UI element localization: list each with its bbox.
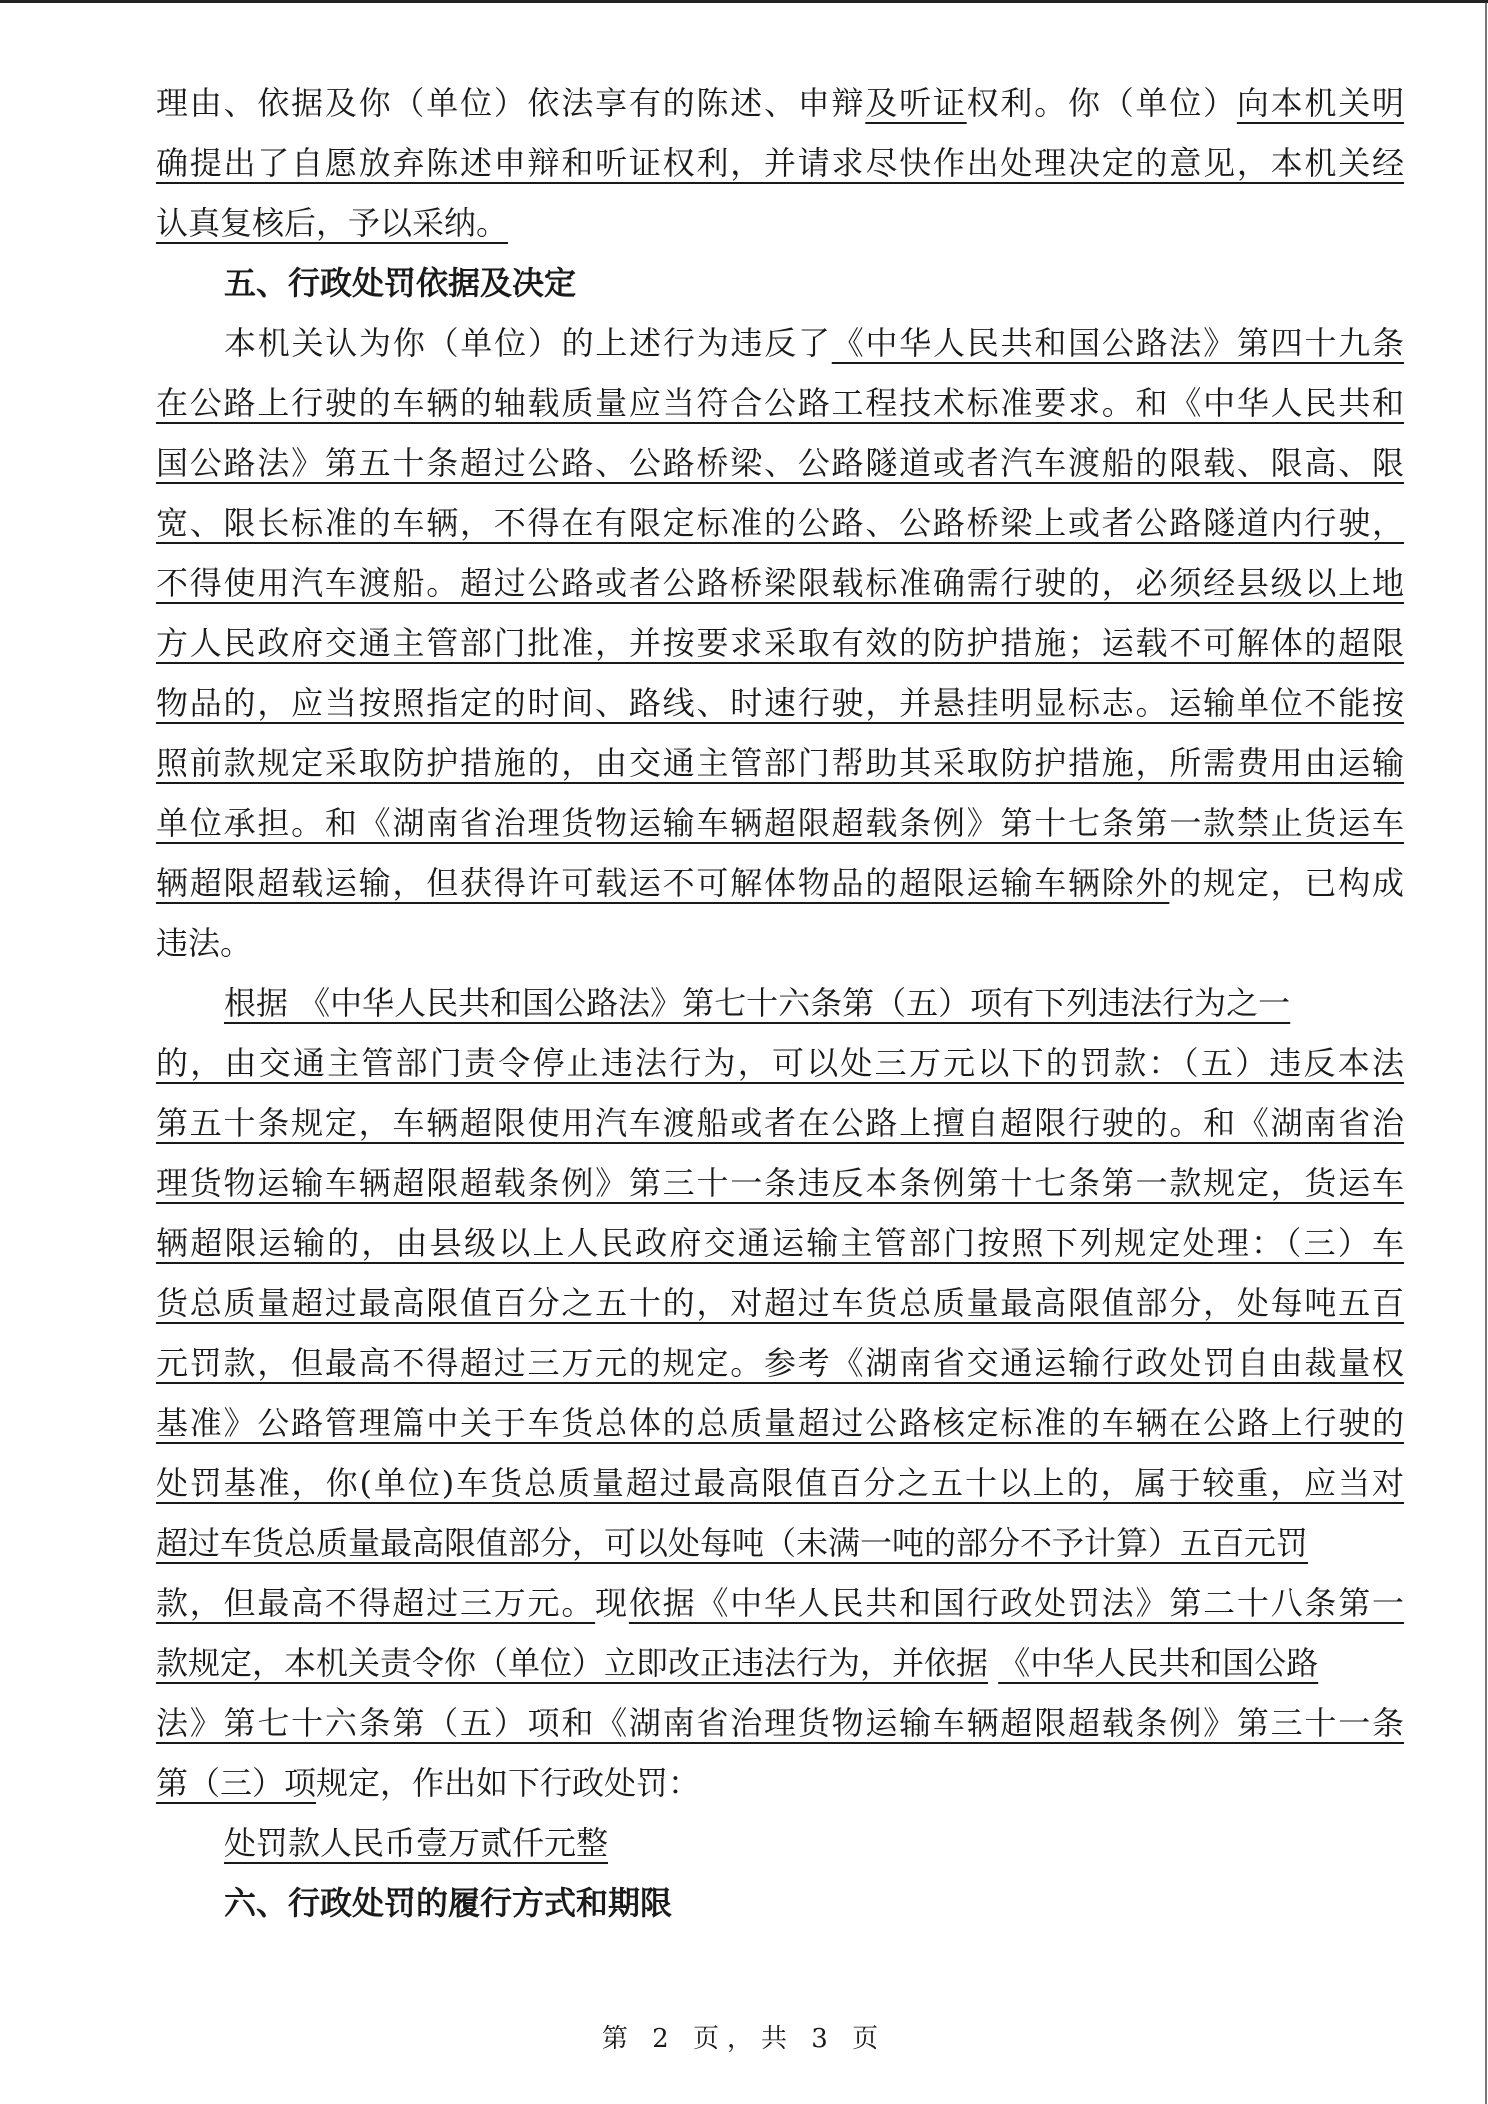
underlined-text: 理货物运输车辆超限超载条例》第三十一条违反本条例第十七条第一款规定，货运车 — [156, 1164, 1404, 1202]
text-line: 单位承担。和《湖南省治理货物运输车辆超限超载条例》第十七条第一款禁止货运车 — [156, 799, 1404, 847]
underlined-text: 基准》公路管理篇中关于车货总体的总质量超过公路核定标准的车辆在公路上行驶的 — [156, 1404, 1404, 1442]
underlined-text: 款，但最高不得超过三万元。 — [156, 1584, 595, 1622]
text-line: 照前款规定采取防护措施的，由交通主管部门帮助其采取防护措施，所需费用由运输 — [156, 739, 1404, 787]
text-line: 方人民政府交通主管部门批准，并按要求采取有效的防护措施；运载不可解体的超限 — [156, 619, 1404, 667]
text-segment: 权利。你（单位） — [967, 84, 1237, 122]
underlined-text: 不得使用汽车渡船。超过公路或者公路桥梁限载标准确需行驶的，必须经县级以上地 — [156, 564, 1404, 602]
underlined-text: 国公路法》第五十条超过公路、公路桥梁、公路隧道或者汽车渡船的限载、限高、限 — [156, 444, 1404, 482]
underlined-text: 向本机关明 — [1237, 84, 1404, 122]
underlined-text: 款规定，本机关责令你（单位）立即改正违法行为，并依据 — [156, 1644, 988, 1682]
text-segment: 违法。 — [156, 924, 252, 962]
section-heading: 六、行政处罚的履行方式和期限 — [224, 1879, 1404, 1927]
underlined-text: 依据《中华人民共和国行政处罚法》第二十八条第一 — [629, 1584, 1404, 1622]
underlined-text: 《中华人民共和国公路 — [998, 1644, 1318, 1682]
underlined-text: 第五十条规定，车辆超限使用汽车渡船或者在公路上擅自超限行驶的。和《湖南省治 — [156, 1104, 1404, 1142]
underlined-text: 方人民政府交通主管部门批准，并按要求采取有效的防护措施；运载不可解体的超限 — [156, 624, 1404, 662]
underlined-text: 认真复核后，予以采纳。 — [156, 204, 508, 242]
page-number: 第 2 页，共 3 页 — [0, 2018, 1488, 2055]
underlined-text: 法》第七十六条第（五）项和《湖南省治理货物运输车辆超限超载条例》第三十一条 — [156, 1704, 1404, 1742]
text-line: 理货物运输车辆超限超载条例》第三十一条违反本条例第十七条第一款规定，货运车 — [156, 1159, 1404, 1207]
text-line: 辆超限超载运输，但获得许可载运不可解体物品的超限运输车辆除外的规定，已构成 — [156, 859, 1404, 907]
text-line: 处罚款人民币壹万贰仟元整 — [224, 1819, 1404, 1867]
text-segment — [988, 1644, 998, 1682]
text-line: 款，但最高不得超过三万元。现依据《中华人民共和国行政处罚法》第二十八条第一 — [156, 1579, 1404, 1627]
text-line: 本机关认为你（单位）的上述行为违反了《中华人民共和国公路法》第四十九条 — [224, 319, 1404, 367]
text-line: 违法。 — [156, 919, 252, 967]
text-segment: 规定，作出如下行政处罚： — [316, 1764, 700, 1802]
underlined-text: 照前款规定采取防护措施的，由交通主管部门帮助其采取防护措施，所需费用由运输 — [156, 744, 1404, 782]
text-line: 的，由交通主管部门责令停止违法行为，可以处三万元以下的罚款：（五）违反本法 — [156, 1039, 1404, 1087]
document-page: 理由、依据及你（单位）依法享有的陈述、申辩及听证权利。你（单位）向本机关明确提出… — [0, 0, 1488, 2104]
text-line: 超过车货总质量最高限值部分，可以处每吨（未满一吨的部分不予计算）五百元罚 — [156, 1519, 1308, 1567]
text-line: 在公路上行驶的车辆的轴载质量应当符合公路工程技术标准要求。和《中华人民共和 — [156, 379, 1404, 427]
text-line: 宽、限长标准的车辆，不得在有限定标准的公路、公路桥梁上或者公路隧道内行驶， — [156, 499, 1404, 547]
underlined-text: 超过车货总质量最高限值部分，可以处每吨（未满一吨的部分不予计算）五百元罚 — [156, 1524, 1308, 1562]
text-segment: 理由、依据及你（单位）依法享有的陈述、申辩 — [156, 84, 865, 122]
text-line: 基准》公路管理篇中关于车货总体的总质量超过公路核定标准的车辆在公路上行驶的 — [156, 1399, 1404, 1447]
underlined-text: 确提出了自愿放弃陈述申辩和听证权利，并请求尽快作出处理决定的意见，本机关经 — [156, 144, 1404, 182]
underlined-text: 货总质量超过最高限值百分之五十的，对超过车货总质量最高限值部分，处每吨五百 — [156, 1284, 1404, 1322]
text-line: 不得使用汽车渡船。超过公路或者公路桥梁限载标准确需行驶的，必须经县级以上地 — [156, 559, 1404, 607]
text-line: 理由、依据及你（单位）依法享有的陈述、申辩及听证权利。你（单位）向本机关明 — [156, 79, 1404, 127]
underlined-text: 根据 《中华人民共和国公路法》第七十六条第（五）项有下列违法行为之一 — [224, 984, 1290, 1022]
underlined-text: 的，由交通主管部门责令停止违法行为，可以处三万元以下的罚款：（五）违反本法 — [156, 1044, 1404, 1082]
underlined-text: 物品的，应当按照指定的时间、路线、时速行驶，并悬挂明显标志。运输单位不能按 — [156, 684, 1404, 722]
text-line: 货总质量超过最高限值百分之五十的，对超过车货总质量最高限值部分，处每吨五百 — [156, 1279, 1404, 1327]
text-line: 根据 《中华人民共和国公路法》第七十六条第（五）项有下列违法行为之一 — [224, 979, 1404, 1027]
underlined-text: 辆超限运输的，由县级以上人民政府交通运输主管部门按照下列规定处理：（三）车 — [156, 1224, 1404, 1262]
underlined-text: 第（三）项 — [156, 1764, 316, 1802]
text-line: 第（三）项规定，作出如下行政处罚： — [156, 1759, 700, 1807]
underlined-text: 宽、限长标准的车辆，不得在有限定标准的公路、公路桥梁上或者公路隧道内行驶， — [156, 504, 1404, 542]
underlined-text: 元罚款，但最高不得超过三万元的规定。参考《湖南省交通运输行政处罚自由裁量权 — [156, 1344, 1404, 1382]
underlined-text: 《中华人民共和国公路法》第四十九条 — [832, 324, 1404, 362]
text-segment: 的规定，已构成 — [1169, 864, 1404, 902]
text-segment: 现 — [595, 1584, 629, 1622]
text-line: 认真复核后，予以采纳。 — [156, 199, 508, 247]
underlined-text: 处罚基准，你(单位)车货总质量超过最高限值百分之五十以上的，属于较重，应当对 — [156, 1464, 1404, 1502]
text-line: 确提出了自愿放弃陈述申辩和听证权利，并请求尽快作出处理决定的意见，本机关经 — [156, 139, 1404, 187]
text-line: 第五十条规定，车辆超限使用汽车渡船或者在公路上擅自超限行驶的。和《湖南省治 — [156, 1099, 1404, 1147]
underlined-text: 在公路上行驶的车辆的轴载质量应当符合公路工程技术标准要求。和《中华人民共和 — [156, 384, 1404, 422]
text-line: 法》第七十六条第（五）项和《湖南省治理货物运输车辆超限超载条例》第三十一条 — [156, 1699, 1404, 1747]
text-line: 辆超限运输的，由县级以上人民政府交通运输主管部门按照下列规定处理：（三）车 — [156, 1219, 1404, 1267]
underlined-text: 及听证 — [865, 84, 966, 122]
text-segment: 本机关认为你（单位）的上述行为违反了 — [224, 324, 832, 362]
text-line: 物品的，应当按照指定的时间、路线、时速行驶，并悬挂明显标志。运输单位不能按 — [156, 679, 1404, 727]
text-segment: 六、行政处罚的履行方式和期限 — [224, 1884, 672, 1922]
underlined-text: 单位承担。和《湖南省治理货物运输车辆超限超载条例》第十七条第一款禁止货运车 — [156, 804, 1404, 842]
underlined-text: 处罚款人民币壹万贰仟元整 — [224, 1824, 608, 1862]
text-line: 元罚款，但最高不得超过三万元的规定。参考《湖南省交通运输行政处罚自由裁量权 — [156, 1339, 1404, 1387]
text-segment: 五、行政处罚依据及决定 — [224, 264, 576, 302]
section-heading: 五、行政处罚依据及决定 — [224, 259, 1404, 307]
text-line: 处罚基准，你(单位)车货总质量超过最高限值百分之五十以上的，属于较重，应当对 — [156, 1459, 1404, 1507]
page-right-edge — [1485, 3, 1487, 2104]
underlined-text: 辆超限超载运输，但获得许可载运不可解体物品的超限运输车辆除外 — [156, 864, 1169, 902]
text-line: 国公路法》第五十条超过公路、公路桥梁、公路隧道或者汽车渡船的限载、限高、限 — [156, 439, 1404, 487]
text-line: 款规定，本机关责令你（单位）立即改正违法行为，并依据 《中华人民共和国公路 — [156, 1639, 1318, 1687]
